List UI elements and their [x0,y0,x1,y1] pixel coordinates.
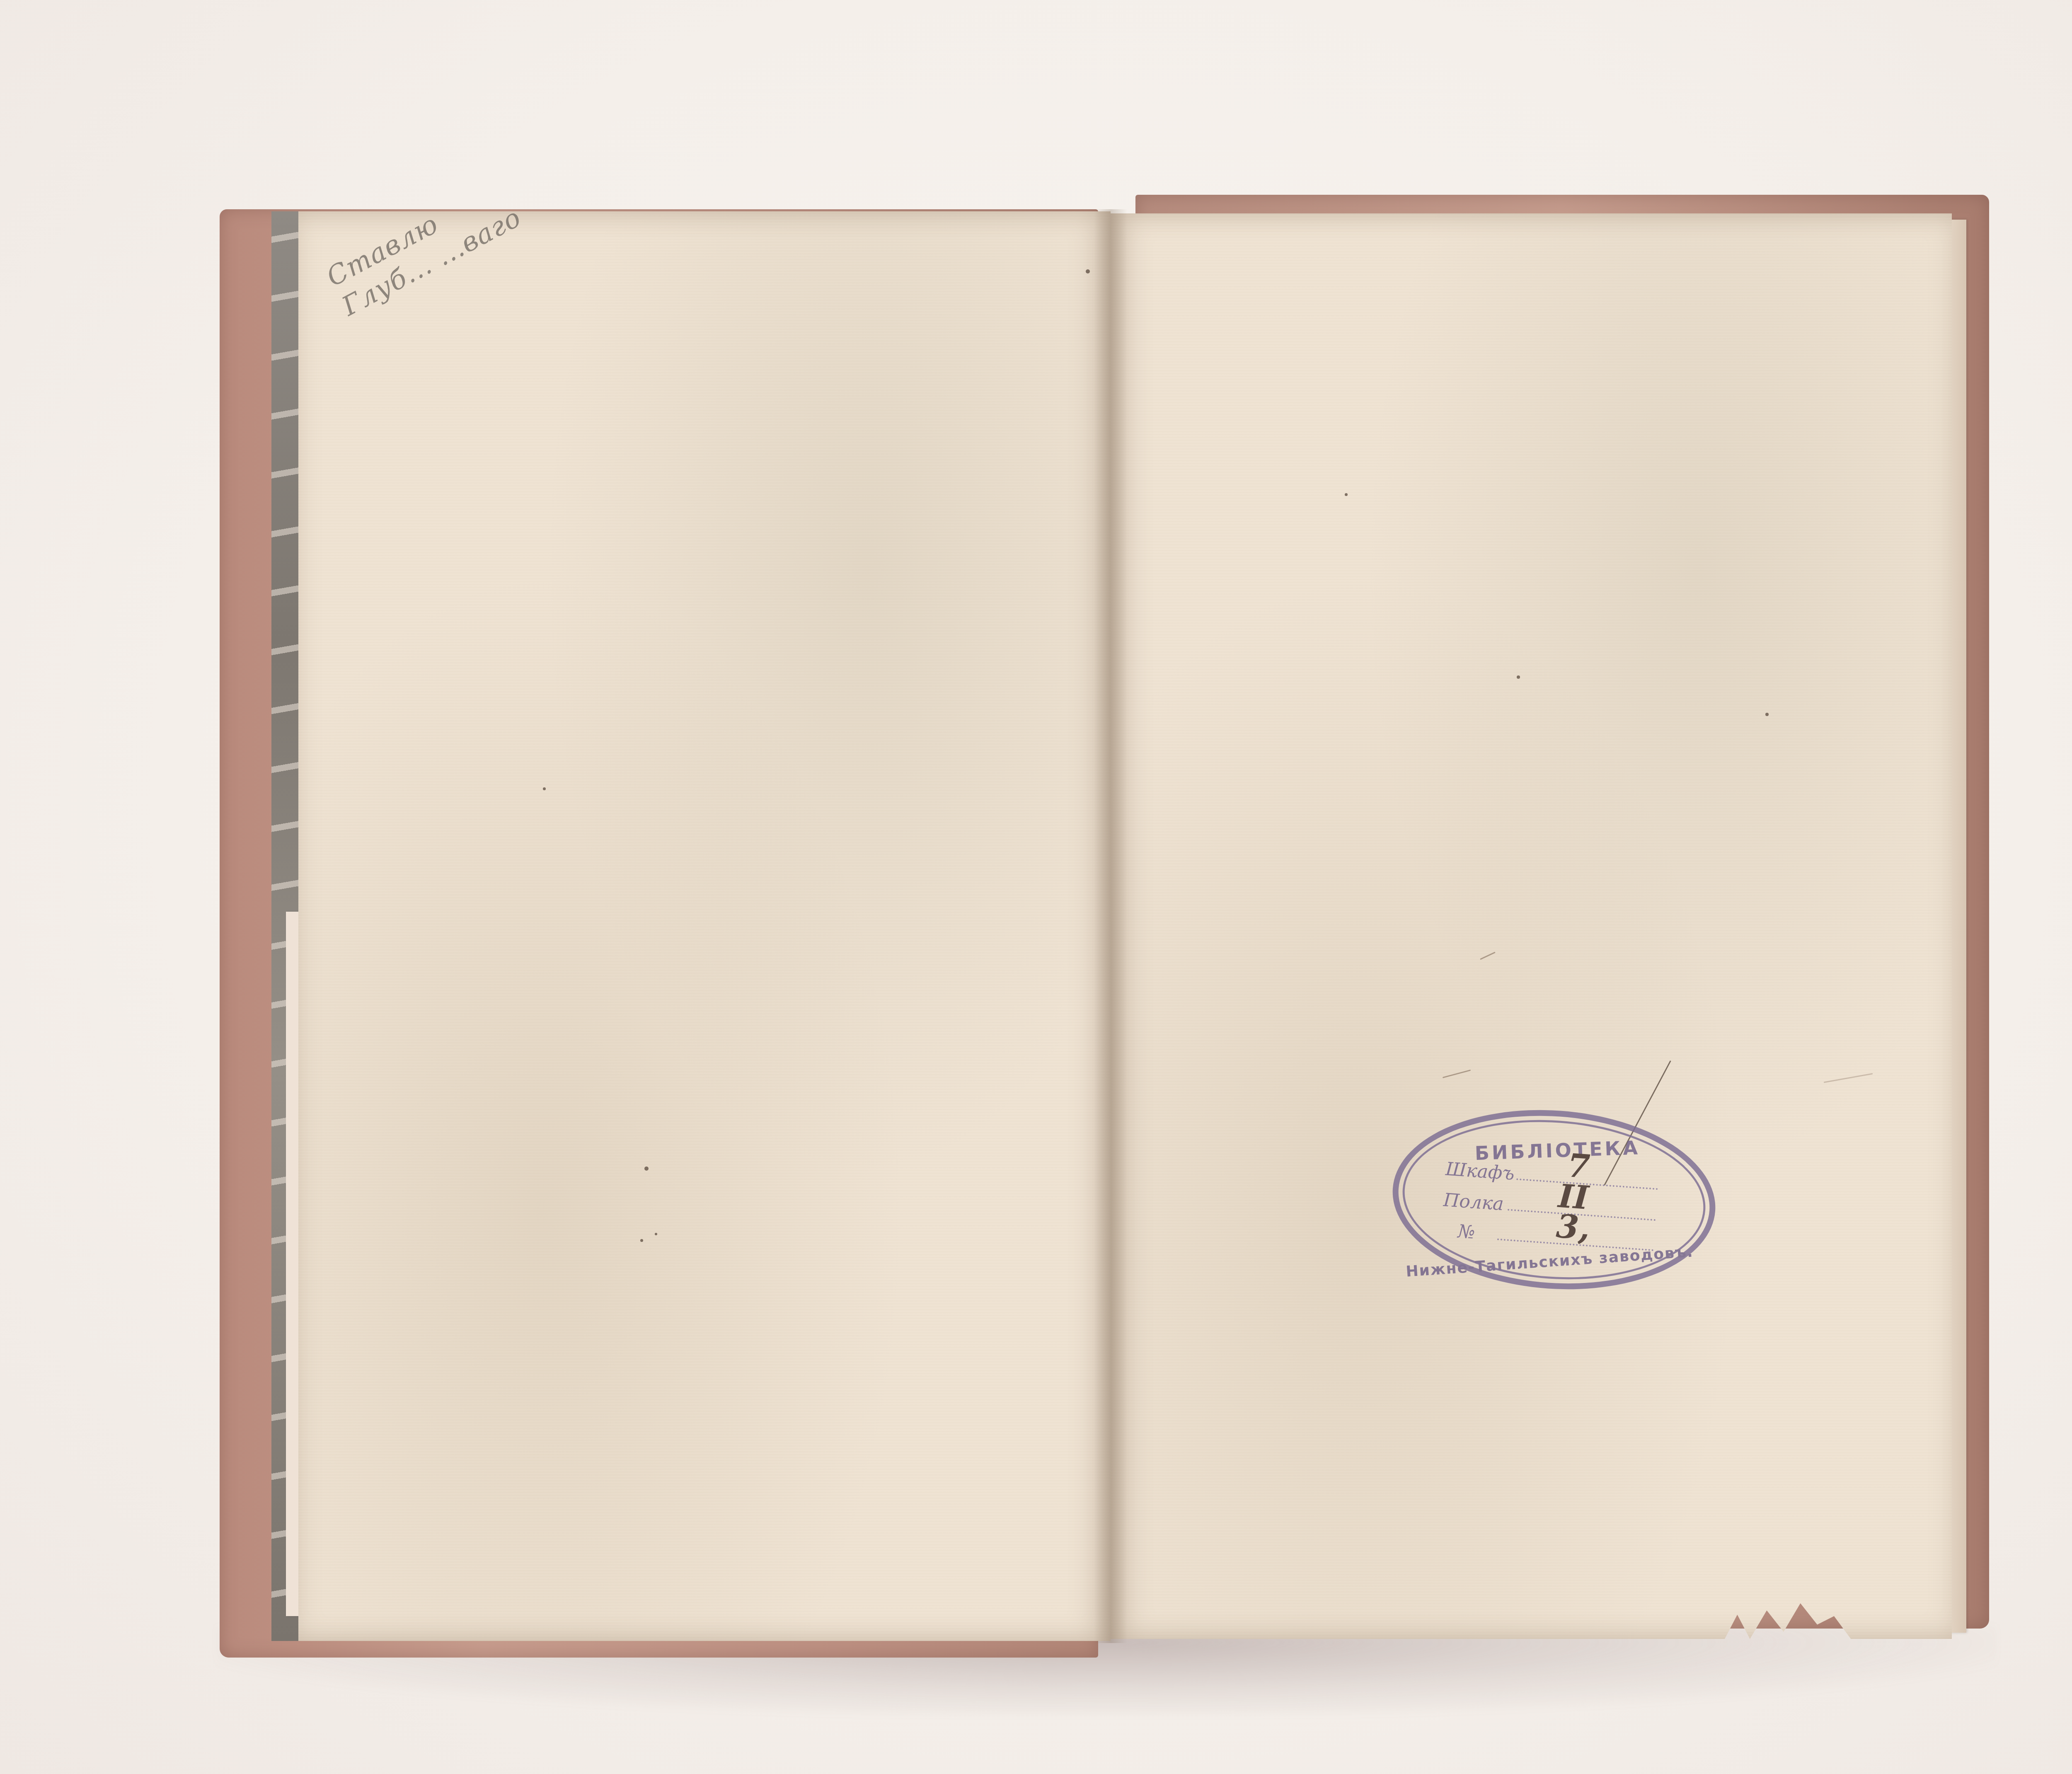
paper-speck [655,1233,657,1235]
paper-speck [543,787,546,790]
paper-speck [1517,675,1520,679]
stamp-label-cabinet: Шкафъ [1445,1159,1515,1184]
paper-speck [1086,269,1090,273]
paper-speck [1345,493,1348,496]
paper-speck [644,1167,649,1171]
stamp-value-number: 3, [1555,1208,1591,1247]
left-endpaper [298,211,1111,1641]
stamp-label-shelf: Полка [1443,1189,1506,1215]
right-endpaper [1111,213,1952,1639]
stamp-label-number: № [1457,1221,1496,1244]
paper-speck [1765,713,1769,716]
paper-speck [640,1239,643,1242]
book-gutter [1094,209,1127,1643]
stamp-row-cabinet: Шкафъ 7 [1445,1159,1661,1195]
stamp-row-shelf: Полка II [1443,1189,1659,1225]
